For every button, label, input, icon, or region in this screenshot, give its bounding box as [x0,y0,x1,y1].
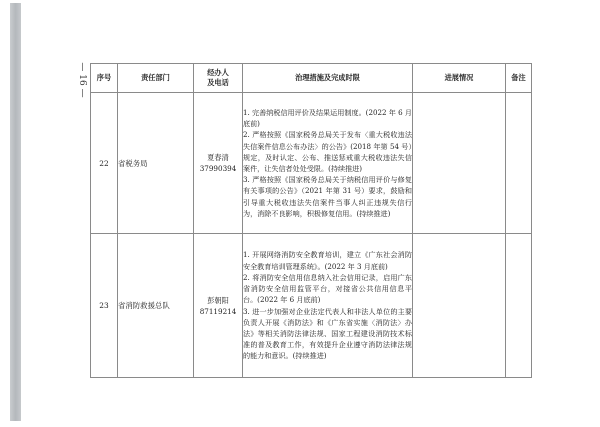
header-remarks: 备注 [506,64,532,93]
header-seq: 序号 [91,64,118,93]
cell-contact: 夏春清 37990394 [194,93,243,234]
cell-department: 省消防救援总队 [118,234,194,378]
cell-remarks [506,93,532,234]
contact-name: 彭朝阳 [207,296,229,305]
cell-seq: 22 [91,93,118,234]
contact-name: 夏春清 [207,153,229,162]
measure-item: 2. 严格按照《国家税务总局关于发布〈重大税收违法失信案件信息公布办法〉的公告》… [243,129,412,174]
cell-measures: 1. 完善纳税信用评价及结果运用制度。(2022 年 6 月底前) 2. 严格按… [243,93,413,234]
scan-binding-edge [10,3,21,421]
table-header-row: 序号 责任部门 经办人 及电话 治理措施及完成时限 进展情况 备注 [91,64,532,93]
header-progress: 进展情况 [413,64,506,93]
table-row: 23 省消防救援总队 彭朝阳 87119214 1. 开展网络消防安全教育培训，… [91,234,532,378]
contact-phone: 87119214 [200,307,237,316]
cell-department: 省税务局 [118,93,194,234]
cell-remarks [506,234,532,378]
header-contact: 经办人 及电话 [194,64,243,93]
header-contact-line2: 及电话 [207,78,229,87]
page-number: — 16 — [72,60,92,100]
measure-item: 1. 完善纳税信用评价及结果运用制度。(2022 年 6 月底前) [243,107,412,129]
measure-item: 3. 严格按照《国家税务总局关于纳税信用评价与修复有关事项的公告》（2021 年… [243,174,412,219]
measure-item: 3. 进一步加强对企业法定代表人和非法人单位的主要负责人开展《消防法》和《广东省… [243,306,412,362]
governance-measures-table: 序号 责任部门 经办人 及电话 治理措施及完成时限 进展情况 备注 22 省税务… [90,63,532,378]
header-measures: 治理措施及完成时限 [243,64,413,93]
cell-measures: 1. 开展网络消防安全教育培训，建立《广东社会消防安全教育培训管理系统》。(20… [243,234,413,378]
header-contact-line1: 经办人 [207,68,229,77]
contact-phone: 37990394 [200,164,237,173]
cell-progress [413,234,506,378]
cell-contact: 彭朝阳 87119214 [194,234,243,378]
measure-item: 2. 将消防安全信用信息纳入社会信用记录，启用广东省消防安全信用监管平台，对接省… [243,272,412,306]
header-department: 责任部门 [118,64,194,93]
cell-progress [413,93,506,234]
measure-item: 1. 开展网络消防安全教育培训，建立《广东社会消防安全教育培训管理系统》。(20… [243,249,412,271]
cell-seq: 23 [91,234,118,378]
table-row: 22 省税务局 夏春清 37990394 1. 完善纳税信用评价及结果运用制度。… [91,93,532,234]
